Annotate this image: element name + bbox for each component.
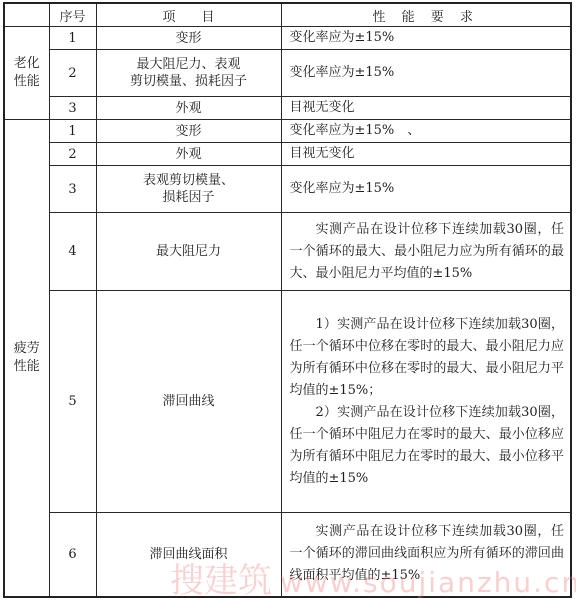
row-item: 最大阻尼力 <box>96 213 281 291</box>
performance-requirements-table: 序号 项 目 性 能 要 求 老化 性能 1 变形 变化率应为±15% 2 最大… <box>3 2 572 598</box>
row-requirement: 目视无变化 <box>281 97 571 120</box>
row-item: 滞回曲线 <box>96 291 281 513</box>
row-number: 3 <box>49 97 96 120</box>
row-requirement: 变化率应为±15% 、 <box>281 120 571 143</box>
table-row: 疲劳 性能 1 变形 变化率应为±15% 、 <box>4 120 571 143</box>
item-text: 最大阻尼力 <box>156 244 221 259</box>
row-number: 3 <box>49 166 96 213</box>
item-text: 外观 <box>175 101 201 116</box>
category-aging: 老化 性能 <box>4 27 49 120</box>
row-item: 变形 <box>96 120 281 143</box>
table-row: 2 最大阻尼力、表观 剪切模量、损耗因子 变化率应为±15% <box>4 50 571 97</box>
row-number: 6 <box>49 513 96 597</box>
item-text: 变形 <box>175 124 201 139</box>
row-number: 2 <box>49 50 96 97</box>
header-item: 项 目 <box>96 3 281 27</box>
table-row: 4 最大阻尼力 实测产品在设计位移下连续加载30圈，任一个循环的最大、最小阻尼力… <box>4 213 571 291</box>
row-item: 表观剪切模量、 损耗因子 <box>96 166 281 213</box>
category-line: 性能 <box>14 359 40 374</box>
row-requirement: 1）实测产品在设计位移下连续加载30圈，任一个循环中位移在零时的最大、最小阻尼力… <box>281 291 571 513</box>
row-item: 外观 <box>96 97 281 120</box>
item-text: 表观剪切模量、 <box>143 173 234 188</box>
header-requirement: 性 能 要 求 <box>281 3 571 27</box>
table-row: 3 表观剪切模量、 损耗因子 变化率应为±15% <box>4 166 571 213</box>
row-item: 外观 <box>96 143 281 166</box>
row-number: 1 <box>49 27 96 50</box>
row-item: 变形 <box>96 27 281 50</box>
header-category <box>4 3 49 27</box>
row-number: 5 <box>49 291 96 513</box>
item-text: 外观 <box>175 147 201 162</box>
table-row: 3 外观 目视无变化 <box>4 97 571 120</box>
item-text: 变形 <box>175 31 201 46</box>
row-requirement: 变化率应为±15% <box>281 27 571 50</box>
row-item: 滞回曲线面积 <box>96 513 281 597</box>
row-requirement: 目视无变化 <box>281 143 571 166</box>
row-requirement: 变化率应为±15% <box>281 166 571 213</box>
table-row: 6 滞回曲线面积 实测产品在设计位移下连续加载30圈，任一个循环的滞回曲线面积应… <box>4 513 571 597</box>
row-requirement: 变化率应为±15% <box>281 50 571 97</box>
item-text: 滞回曲线 <box>162 394 214 409</box>
requirement-paragraph: 实测产品在设计位移下连续加载30圈，任一个循环的滞回曲线面积应为所有循环的滞回曲… <box>290 521 565 587</box>
table-row: 老化 性能 1 变形 变化率应为±15% <box>4 27 571 50</box>
requirement-paragraph: 2）实测产品在设计位移下连续加载30圈，任一个循环中阻尼力在零时的最大、最小位移… <box>290 402 565 490</box>
table-header-row: 序号 项 目 性 能 要 求 <box>4 3 571 27</box>
category-line: 性能 <box>14 74 40 89</box>
item-text: 最大阻尼力、表观 <box>136 57 240 72</box>
row-requirement: 实测产品在设计位移下连续加载30圈，任一个循环的最大、最小阻尼力应为所有循环的最… <box>281 213 571 291</box>
category-line: 疲劳 <box>14 341 40 356</box>
requirement-paragraph: 实测产品在设计位移下连续加载30圈，任一个循环的最大、最小阻尼力应为所有循环的最… <box>290 219 565 285</box>
item-text: 剪切模量、损耗因子 <box>130 74 247 89</box>
row-number: 2 <box>49 143 96 166</box>
row-requirement: 实测产品在设计位移下连续加载30圈，任一个循环的滞回曲线面积应为所有循环的滞回曲… <box>281 513 571 597</box>
table-row: 5 滞回曲线 1）实测产品在设计位移下连续加载30圈，任一个循环中位移在零时的最… <box>4 291 571 513</box>
row-item: 最大阻尼力、表观 剪切模量、损耗因子 <box>96 50 281 97</box>
table-row: 2 外观 目视无变化 <box>4 143 571 166</box>
header-number: 序号 <box>49 3 96 27</box>
row-number: 4 <box>49 213 96 291</box>
category-line: 老化 <box>14 56 40 71</box>
requirement-paragraph: 1）实测产品在设计位移下连续加载30圈，任一个循环中位移在零时的最大、最小阻尼力… <box>290 314 565 402</box>
item-text: 损耗因子 <box>162 190 214 205</box>
category-fatigue: 疲劳 性能 <box>4 120 49 597</box>
row-number: 1 <box>49 120 96 143</box>
item-text: 滞回曲线面积 <box>149 547 227 562</box>
